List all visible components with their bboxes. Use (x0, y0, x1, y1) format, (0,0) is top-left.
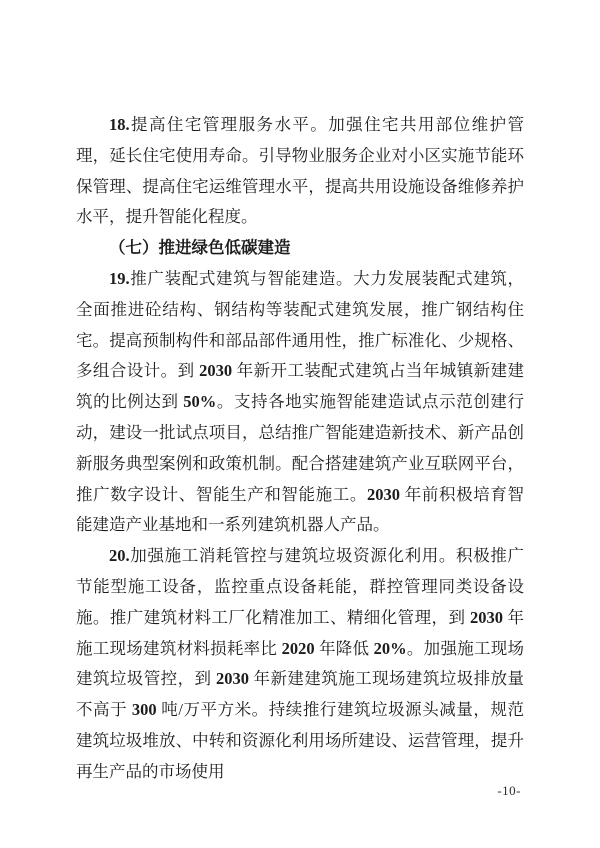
bold-text-segment: 18. (109, 115, 130, 134)
bold-text-segment: 2030 (367, 485, 400, 504)
bold-text-segment: （七）推进绿色低碳建造 (109, 238, 291, 257)
bold-text-segment: 2030 (199, 361, 232, 380)
document-page: 18.提高住宅管理服务水平。加强住宅共用部位维护管理，延长住宅使用寿命。引导物业… (0, 0, 600, 848)
text-segment: 年降低 (315, 639, 374, 658)
document-body: 18.提高住宅管理服务水平。加强住宅共用部位维护管理，延长住宅使用寿命。引导物业… (76, 110, 524, 788)
paragraph-20: 20.加强施工消耗管控与建筑垃圾资源化利用。积极推广节能型施工设备，监控重点设备… (76, 541, 524, 787)
text-segment: 提高住宅管理服务水平。加强住宅共用部位维护管理，延长住宅使用寿命。引导物业服务企… (76, 115, 524, 226)
bold-text-segment: 20. (109, 546, 130, 565)
bold-text-segment: 20% (374, 639, 407, 658)
paragraph-19: 19.推广装配式建筑与智能建造。大力发展装配式建筑，全面推进砼结构、钢结构等装配… (76, 264, 524, 541)
bold-text-segment: 2030 (216, 669, 249, 688)
page-number: -10- (497, 783, 521, 799)
bold-text-segment: 2030 (470, 608, 503, 627)
text-segment: 加强施工消耗管控与建筑垃圾资源化利用。积极推广节能型施工设备，监控重点设备耗能，… (76, 546, 524, 627)
section-heading-7: （七）推进绿色低碳建造 (76, 233, 524, 264)
bold-text-segment: 50% (183, 392, 216, 411)
paragraph-18: 18.提高住宅管理服务水平。加强住宅共用部位维护管理，延长住宅使用寿命。引导物业… (76, 110, 524, 233)
bold-text-segment: 300 (132, 700, 157, 719)
bold-text-segment: 19. (109, 269, 130, 288)
bold-text-segment: 2020 (282, 639, 315, 658)
